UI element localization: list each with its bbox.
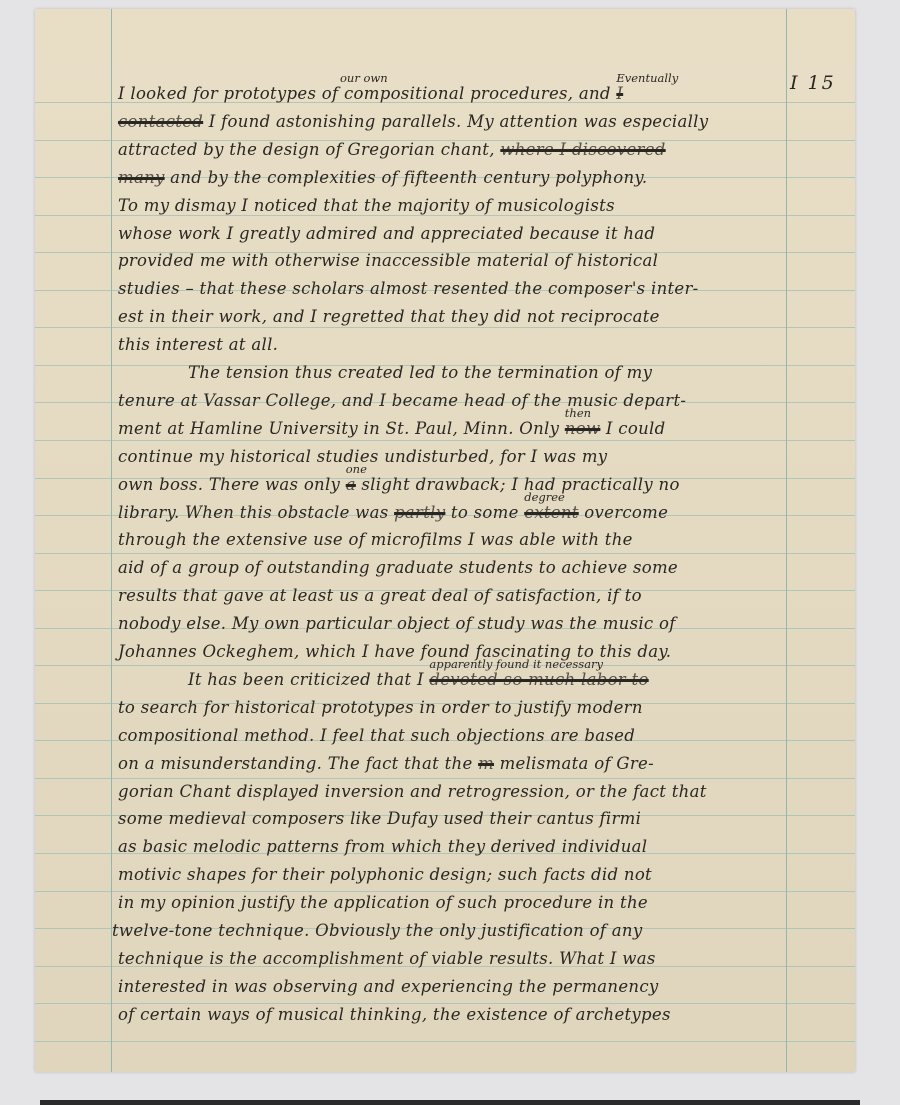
text-run: twelve-tone technique. Obviously the onl… (112, 921, 642, 940)
manuscript-line: some medieval composers like Dufay used … (118, 809, 641, 828)
page-number: I 15 (790, 72, 836, 94)
manuscript-line: twelve-tone technique. Obviously the onl… (112, 921, 642, 940)
text-run: studies – that these scholars almost res… (118, 279, 699, 298)
interlinear-insertion: one (346, 462, 367, 476)
struck-text: partly (394, 503, 445, 522)
manuscript-line: attracted by the design of Gregorian cha… (118, 140, 666, 159)
manuscript-line: in my opinion justify the application of… (118, 893, 648, 912)
text-run: melismata of Gre- (494, 754, 654, 773)
manuscript-line: To my dismay I noticed that the majority… (118, 196, 615, 215)
manuscript-line: many and by the complexities of fifteent… (118, 168, 647, 187)
text-run: results that gave at least us a great de… (118, 586, 642, 605)
struck-text: a (346, 475, 356, 494)
ruled-line (35, 891, 855, 892)
text-run: on a misunderstanding. The fact that the (118, 754, 478, 773)
struck-text: now (565, 419, 601, 438)
text-run: in my opinion justify the application of… (118, 893, 648, 912)
manuscript-line: as basic melodic patterns from which the… (118, 837, 647, 856)
text-run: nobody else. My own particular object of… (118, 614, 676, 633)
bottom-dark-edge (40, 1100, 860, 1105)
text-run: motivic shapes for their polyphonic desi… (118, 865, 652, 884)
text-run: attracted by the design of Gregorian cha… (118, 140, 500, 159)
interlinear-insertion: our own (340, 71, 388, 85)
text-run: compositional method. I feel that such o… (118, 726, 635, 745)
ruled-line (35, 440, 855, 441)
struck-text: I (616, 84, 623, 103)
manuscript-line: It has been criticized that I devoted so… (188, 670, 649, 689)
manuscript-line: nobody else. My own particular object of… (118, 614, 676, 633)
ruled-line (35, 553, 855, 554)
manuscript-line: provided me with otherwise inaccessible … (118, 251, 658, 270)
text-run: to search for historical prototypes in o… (118, 698, 643, 717)
left-margin-line (111, 9, 112, 1072)
manuscript-line: I looked for prototypes of compositional… (118, 84, 623, 103)
manuscript-line: whose work I greatly admired and appreci… (118, 224, 655, 243)
text-run: It has been criticized that I (188, 670, 429, 689)
text-run: I could (600, 419, 665, 438)
interlinear-insertion: Eventually (616, 71, 678, 85)
ruled-line (35, 327, 855, 328)
manuscript-line: gorian Chant displayed inversion and ret… (118, 782, 707, 801)
text-run: I found astonishing parallels. My attent… (203, 112, 708, 131)
struck-text: extent (524, 503, 579, 522)
manuscript-line: The tension thus created led to the term… (188, 363, 652, 382)
text-run: library. When this obstacle was (118, 503, 394, 522)
manuscript-line: studies – that these scholars almost res… (118, 279, 699, 298)
ruled-line (35, 778, 855, 779)
interlinear-insertion: then (565, 406, 591, 420)
text-run: own boss. There was only (118, 475, 346, 494)
text-run: and by the complexities of fifteenth cen… (165, 168, 648, 187)
struck-text: many (118, 168, 165, 187)
manuscript-line: ment at Hamline University in St. Paul, … (118, 419, 665, 438)
text-run: The tension thus created led to the term… (188, 363, 652, 382)
manuscript-line: this interest at all. (118, 335, 278, 354)
manuscript-line: compositional method. I feel that such o… (118, 726, 635, 745)
text-run: tenure at Vassar College, and I became h… (118, 391, 686, 410)
manuscript-line: motivic shapes for their polyphonic desi… (118, 865, 652, 884)
text-run: through the extensive use of microfilms … (118, 530, 633, 549)
text-run: technique is the accomplishment of viabl… (118, 949, 656, 968)
ruled-line (35, 1041, 855, 1042)
manuscript-line: aid of a group of outstanding graduate s… (118, 558, 678, 577)
manuscript-line: through the extensive use of microfilms … (118, 530, 633, 549)
text-run: aid of a group of outstanding graduate s… (118, 558, 678, 577)
text-run: provided me with otherwise inaccessible … (118, 251, 658, 270)
struck-text: contacted (118, 112, 203, 131)
interlinear-insertion: degree (524, 490, 565, 504)
manuscript-line: library. When this obstacle was partly t… (118, 503, 668, 522)
struck-text: where I discovered (500, 140, 665, 159)
manuscript-line: to search for historical prototypes in o… (118, 698, 643, 717)
manuscript-line: contacted I found astonishing parallels.… (118, 112, 708, 131)
text-run: whose work I greatly admired and appreci… (118, 224, 655, 243)
manuscript-line: interested in was observing and experien… (118, 977, 659, 996)
text-run: this interest at all. (118, 335, 278, 354)
text-run: of certain ways of musical thinking, the… (118, 1005, 671, 1024)
text-run: I looked for prototypes of (118, 84, 344, 103)
manuscript-line: technique is the accomplishment of viabl… (118, 949, 656, 968)
text-run: to some (445, 503, 524, 522)
manuscript-line: on a misunderstanding. The fact that the… (118, 754, 654, 773)
text-run: as basic melodic patterns from which the… (118, 837, 647, 856)
interlinear-insertion: apparently found it necessary (429, 657, 603, 671)
text-run: compositional procedures, and (344, 84, 616, 103)
manuscript-line: results that gave at least us a great de… (118, 586, 642, 605)
right-margin-line (786, 9, 787, 1072)
text-run: interested in was observing and experien… (118, 977, 659, 996)
text-run: est in their work, and I regretted that … (118, 307, 660, 326)
manuscript-line: est in their work, and I regretted that … (118, 307, 660, 326)
manuscript-line: of certain ways of musical thinking, the… (118, 1005, 671, 1024)
ruled-line (35, 215, 855, 216)
struck-text: devoted so much labor to (429, 670, 648, 689)
text-run: ment at Hamline University in St. Paul, … (118, 419, 565, 438)
text-run: overcome (579, 503, 668, 522)
manuscript-line: own boss. There was only a slight drawba… (118, 475, 680, 494)
text-run: gorian Chant displayed inversion and ret… (118, 782, 707, 801)
text-run: slight drawback; I had practically no (356, 475, 680, 494)
struck-text: m (478, 754, 494, 773)
manuscript-line: tenure at Vassar College, and I became h… (118, 391, 686, 410)
text-run: To my dismay I noticed that the majority… (118, 196, 615, 215)
text-run: some medieval composers like Dufay used … (118, 809, 641, 828)
